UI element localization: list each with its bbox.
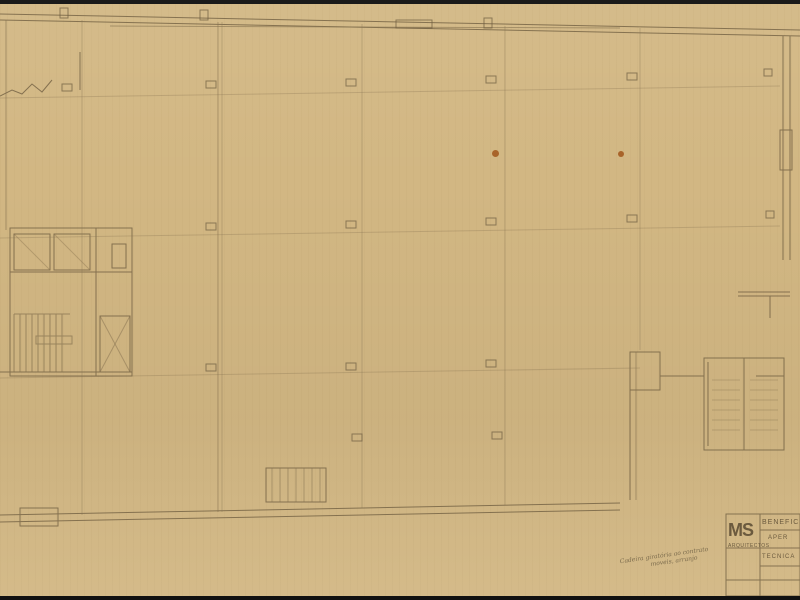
title-block-project: BENEFICE xyxy=(762,519,800,526)
title-block-row2: APER xyxy=(768,535,788,541)
ink-stain xyxy=(492,150,499,157)
firm-subtitle: ARQUITECTOS xyxy=(728,543,770,549)
blueprint-sheet: MS ARQUITECTOS BENEFICE APER TECNICA Cad… xyxy=(0,0,800,596)
firm-logo: MS xyxy=(728,518,758,542)
ink-stain xyxy=(618,151,624,157)
scan-border-top xyxy=(0,0,800,4)
floor-plan-drawing xyxy=(0,0,800,600)
title-block-row3: TECNICA xyxy=(762,554,795,560)
scan-border-bottom xyxy=(0,596,800,600)
